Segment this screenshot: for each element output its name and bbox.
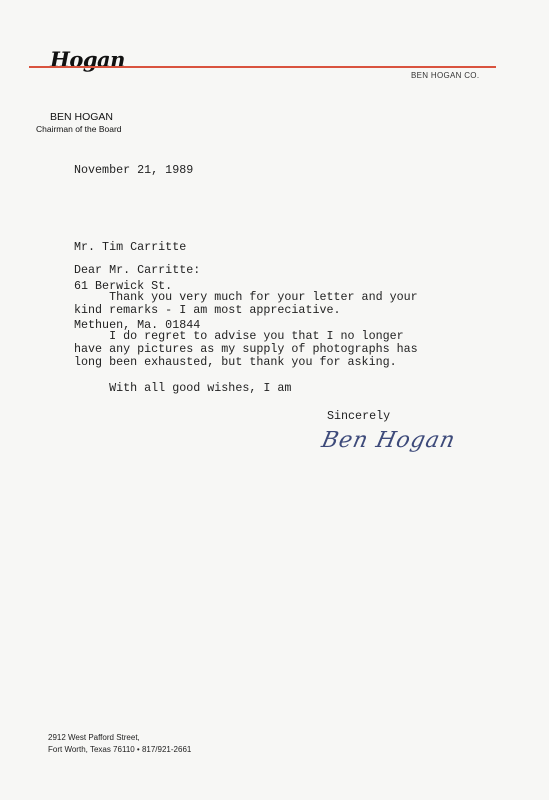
footer-city-phone: Fort Worth, Texas 76110 • 817/921-2661 [48, 744, 191, 756]
closing-line: With all good wishes, I am [74, 382, 291, 395]
sender-title: Chairman of the Board [36, 124, 122, 134]
letterhead-rule [29, 66, 496, 68]
body-paragraph: Thank you very much for your letter and … [74, 291, 418, 317]
body-paragraph: I do regret to advise you that I no long… [74, 330, 418, 369]
salutation: Dear Mr. Carritte: [74, 264, 200, 277]
handwritten-signature: Ben Hogan [319, 428, 457, 453]
footer-street: 2912 West Pafford Street, [48, 732, 191, 744]
company-name: BEN HOGAN CO. [411, 71, 479, 80]
hogan-logo: Hogan [50, 47, 125, 72]
sender-name: BEN HOGAN [50, 111, 113, 123]
footer-address: 2912 West Pafford Street, Fort Worth, Te… [48, 732, 191, 756]
letter-date: November 21, 1989 [74, 164, 193, 177]
recipient-line: Mr. Tim Carritte [74, 241, 200, 254]
sign-off: Sincerely [327, 410, 390, 423]
letter-page: Hogan BEN HOGAN CO. BEN HOGAN Chairman o… [0, 0, 549, 800]
